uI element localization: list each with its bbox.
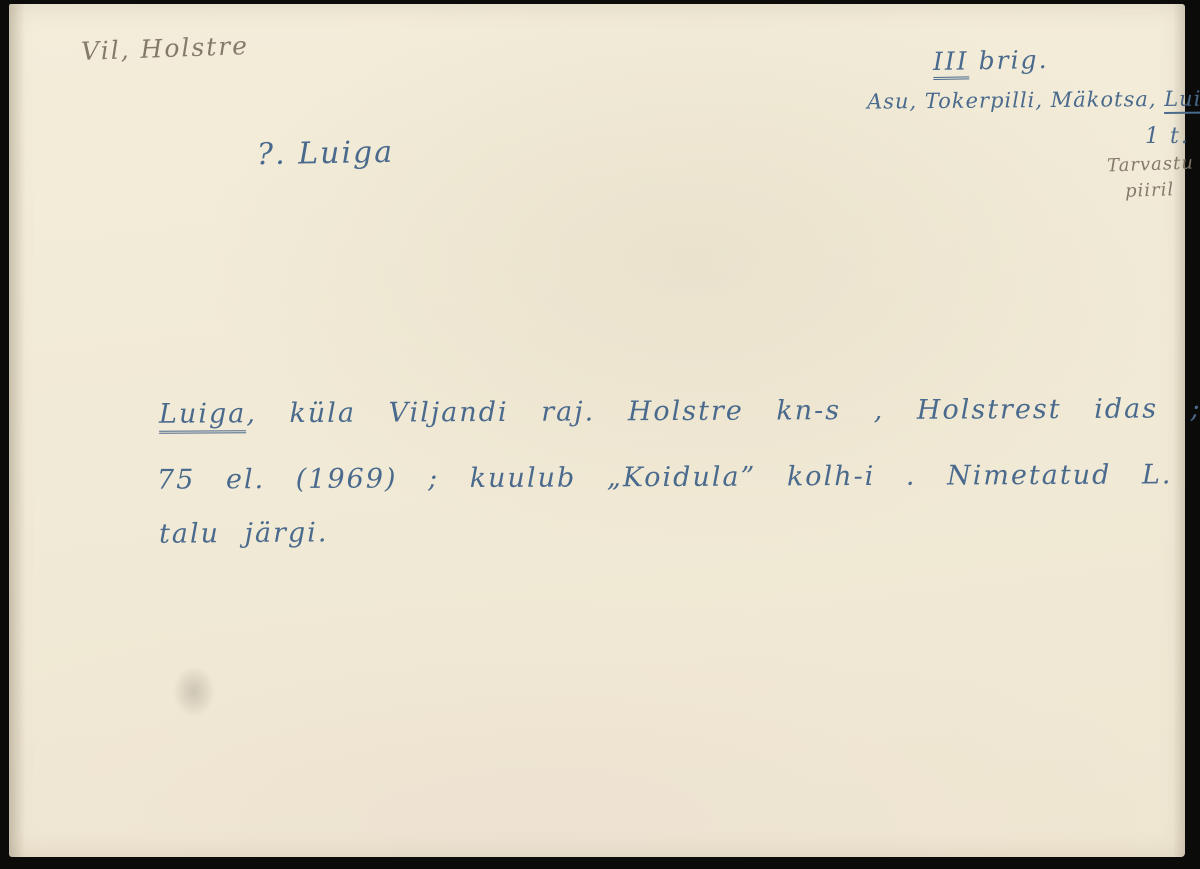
brigade-annotation: III brig. — [933, 45, 1049, 76]
body-line-2: 75 el. (1969) ; kuulub „Koidula” kolh-i … — [157, 459, 1173, 495]
parish-reference-note: Vil, Holstre — [81, 31, 250, 66]
settlement-names-tail: Luiga — [1164, 86, 1200, 114]
body-line-1-rest: , küla Viljandi raj. Holstre kn-s , Hols… — [246, 393, 1200, 429]
talu-count-annotation: 1 t. — [1145, 124, 1190, 149]
brigade-number: III — [933, 46, 969, 80]
body-line-3: talu järgi. — [159, 517, 329, 549]
headword: Luiga — [159, 398, 247, 433]
index-card-paper: Vil, Holstre III brig. Asu, Tokerpilli, … — [9, 4, 1185, 857]
headword-query: ?. Luiga — [257, 135, 395, 172]
body-line-1: Luiga, küla Viljandi raj. Holstre kn-s ,… — [159, 393, 1200, 429]
scanned-card-frame: Vil, Holstre III brig. Asu, Tokerpilli, … — [0, 0, 1200, 869]
settlement-names-head: Asu, Tokerpilli, Mäkotsa, — [867, 87, 1164, 114]
paper-smudge — [159, 654, 229, 729]
border-note-line1: Tarvastu — [1107, 152, 1195, 176]
brigade-word: brig. — [978, 45, 1048, 75]
border-note-line2: piiril — [1125, 179, 1175, 202]
settlement-names-annotation: Asu, Tokerpilli, Mäkotsa, Luiga — [867, 86, 1200, 113]
